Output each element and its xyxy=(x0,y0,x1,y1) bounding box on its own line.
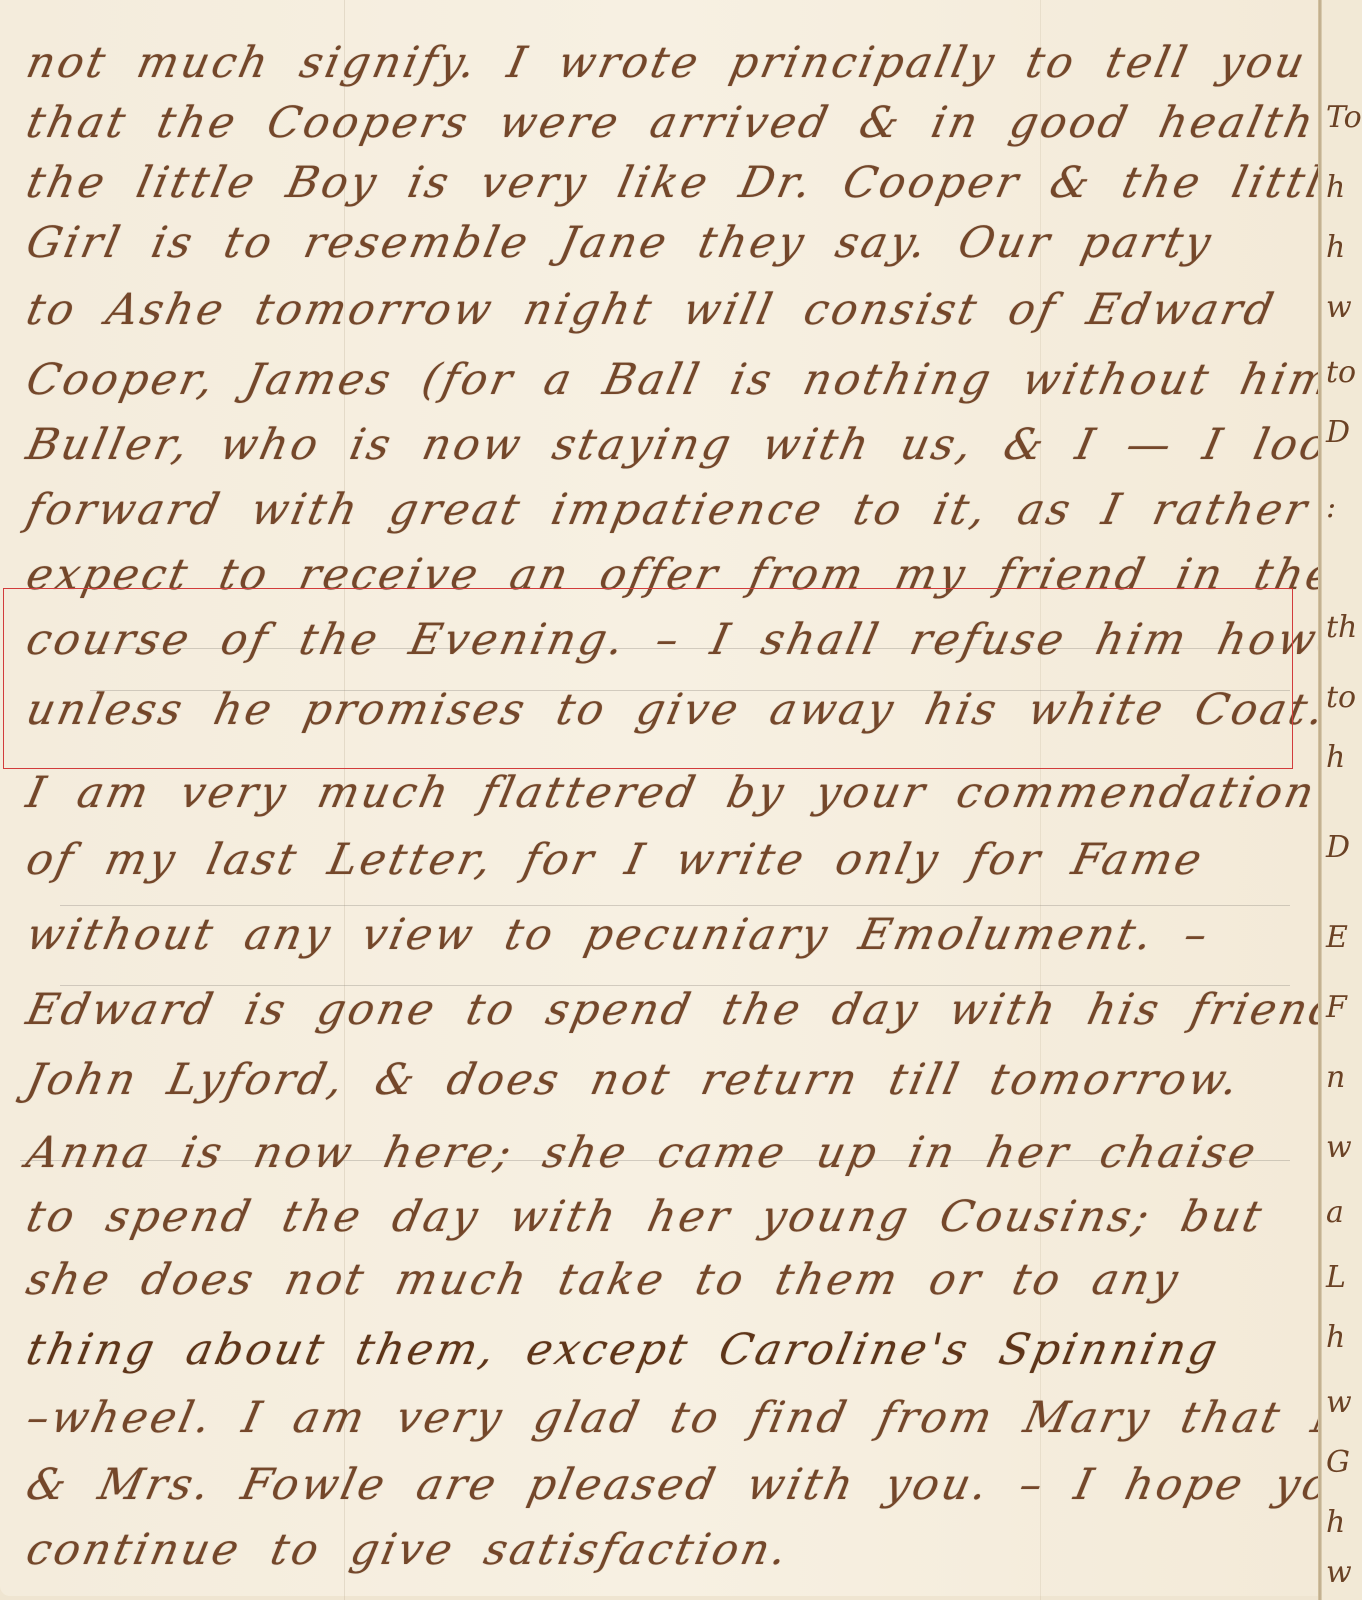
adjacent-fragment: L xyxy=(1326,1260,1346,1295)
adjacent-fragment: E xyxy=(1326,920,1348,955)
highlighted-letter-line: unless he promises to give away his whit… xyxy=(22,685,1313,735)
letter-line: Anna is now here; she came up in her cha… xyxy=(22,1128,1313,1178)
letter-line: thing about them, except Caroline's Spin… xyxy=(22,1325,1313,1375)
letter-line: without any view to pecuniary Emolument.… xyxy=(22,910,1313,960)
letter-line: Girl is to resemble Jane they say. Our p… xyxy=(22,218,1313,268)
letter-line: Cooper, James (for a Ball is nothing wit… xyxy=(22,355,1313,405)
adjacent-page-margin: To h h w to D : th to h D E F n w a L h … xyxy=(1322,0,1362,1600)
adjacent-fragment: h xyxy=(1326,1320,1345,1355)
adjacent-fragment: To xyxy=(1326,100,1362,135)
adjacent-fragment: n xyxy=(1326,1060,1345,1095)
adjacent-fragment: D xyxy=(1326,415,1350,450)
adjacent-fragment: h xyxy=(1326,230,1345,265)
letter-line: the little Boy is very like Dr. Cooper &… xyxy=(22,158,1313,208)
letter-line: Buller, who is now staying with us, & I … xyxy=(22,420,1313,470)
letter-line: I am very much flattered by your commend… xyxy=(22,768,1313,818)
adjacent-fragment: : xyxy=(1326,490,1336,525)
letter-line: she does not much take to them or to any xyxy=(22,1255,1313,1305)
letter-line: not much signify. I wrote principally to… xyxy=(22,38,1313,88)
letter-line: to spend the day with her young Cousins;… xyxy=(22,1192,1313,1242)
adjacent-fragment: w xyxy=(1326,1385,1352,1420)
adjacent-fragment: G xyxy=(1326,1445,1350,1480)
pencil-rule xyxy=(60,905,1290,906)
adjacent-fragment: h xyxy=(1326,170,1345,205)
manuscript-page: not much signify. I wrote principally to… xyxy=(0,0,1362,1600)
adjacent-fragment: th xyxy=(1326,610,1357,645)
letter-sheet: not much signify. I wrote principally to… xyxy=(0,0,1320,1596)
letter-line: forward with great impatience to it, as … xyxy=(22,485,1313,535)
adjacent-fragment: to xyxy=(1326,355,1356,390)
adjacent-fragment: D xyxy=(1326,830,1350,865)
adjacent-fragment: w xyxy=(1326,290,1352,325)
letter-line: that the Coopers were arrived & in good … xyxy=(22,98,1313,148)
adjacent-fragment: a xyxy=(1326,1195,1344,1230)
adjacent-fragment: w xyxy=(1326,1130,1352,1165)
letter-line: & Mrs. Fowle are pleased with you. – I h… xyxy=(22,1460,1313,1510)
adjacent-fragment: w xyxy=(1326,1555,1352,1590)
letter-line: expect to receive an offer from my frien… xyxy=(22,550,1313,600)
highlighted-letter-line: course of the Evening. – I shall refuse … xyxy=(22,615,1313,665)
letter-line: continue to give satisfaction. xyxy=(22,1525,1313,1575)
adjacent-fragment: h xyxy=(1326,1505,1345,1540)
letter-line: John Lyford, & does not return till tomo… xyxy=(22,1055,1313,1105)
letter-line: to Ashe tomorrow night will consist of E… xyxy=(22,285,1313,335)
letter-line: of my last Letter, for I write only for … xyxy=(22,835,1313,885)
letter-line: –wheel. I am very glad to find from Mary… xyxy=(22,1393,1313,1443)
adjacent-fragment: h xyxy=(1326,740,1345,775)
adjacent-fragment: to xyxy=(1326,680,1356,715)
adjacent-fragment: F xyxy=(1326,990,1347,1025)
letter-line: Edward is gone to spend the day with his… xyxy=(22,985,1313,1035)
